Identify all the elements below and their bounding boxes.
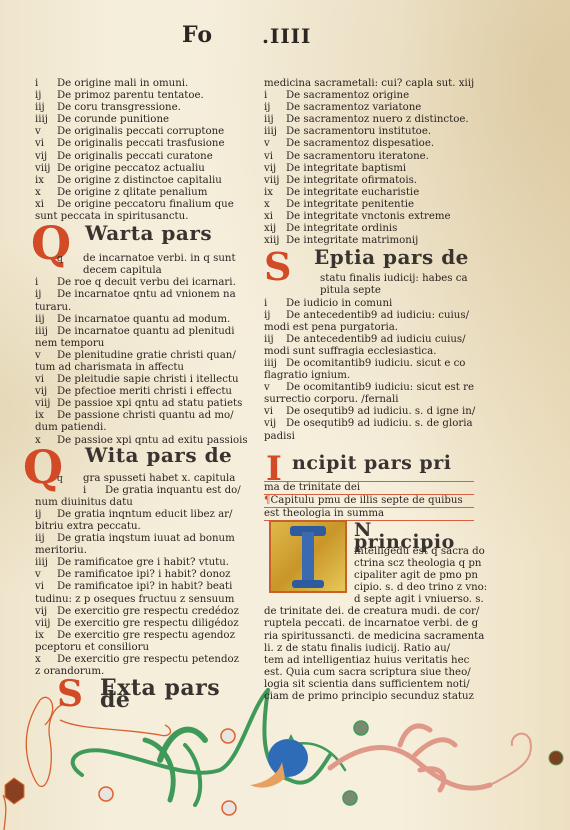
list-item: xijDe integritate ordinis: [264, 223, 474, 235]
section-title: Warta pars: [85, 227, 212, 239]
section-title: Wita pars de: [85, 449, 232, 461]
section-subtitle: pitula septe: [264, 285, 474, 297]
blue-pomegranate-icon: [250, 734, 308, 788]
list-item: iDe gratia inquantu est do/: [35, 485, 235, 497]
list-item: iijDe gratia inqstum iuuat ad bonum: [35, 533, 235, 545]
section-subtitle: qgra spusseti habet x. capitula: [35, 473, 235, 485]
section-heading-septima: S Eptia pars de: [264, 251, 474, 273]
folio-number: .IIII: [262, 24, 311, 48]
list-item: ixDe integritate eucharistie: [264, 187, 474, 199]
guide-letter: q: [57, 253, 63, 265]
right-column: medicina sacrametali: cui? capla sut. xi…: [264, 78, 474, 703]
letter-i-icon: [290, 526, 326, 586]
section-heading-quarta: Q Warta pars: [35, 227, 235, 253]
list-item: vDe originalis peccati corruptone: [35, 126, 235, 138]
left-column: iDe origine mali in omuni. ijDe primoz p…: [35, 78, 235, 708]
list-item: viijDe passioe xpi qntu ad statu patiets: [35, 398, 235, 410]
list-item: ixDe origine z distinctoe capitaliu: [35, 175, 235, 187]
list-item: iiijDe incarnatoe quantu ad plenitudi: [35, 326, 235, 338]
list-item: iijDe antecedentib9 ad iudiciu cuius/: [264, 334, 474, 346]
list-item: viDe pleitudie sapie christi i itellectu: [35, 374, 235, 386]
list-item: ijDe sacramentoz variatone: [264, 102, 474, 114]
list-item: vijDe pfectioe meriti christi i effectu: [35, 386, 235, 398]
list-item: ijDe incarnatoe qntu ad vnionem na: [35, 289, 235, 301]
list-item: xiDe origine peccatoru finalium que: [35, 199, 235, 211]
red-initial-q: Q: [31, 223, 71, 263]
green-starburst-icon: [343, 721, 368, 805]
list-item: ijDe primoz parentu tentatoe.: [35, 90, 235, 102]
list-item: xDe exercitio gre respectu petendoz: [35, 654, 235, 666]
list-item: vijDe exercitio gre respectu credédoz: [35, 606, 235, 618]
list-item: viDe sacramentoru iteratone.: [264, 151, 474, 163]
list-item: viDe osequtib9 ad iudiciu. s. d igne in/: [264, 406, 474, 418]
list-intro: medicina sacrametali: cui? capla sut. xi…: [264, 78, 474, 90]
list-item: xiDe integritate vnctonis extreme: [264, 211, 474, 223]
guide-letter: q: [57, 473, 63, 485]
list-item: vDe sacramentoz dispesatioe.: [264, 138, 474, 150]
list-item: iijDe incarnatoe quantu ad modum.: [35, 314, 235, 326]
chapter-line: ¶Capitulu pmu de illis septe de quibus: [264, 495, 474, 508]
list-item: viDe ramificatoe ipi? in habit? beati: [35, 581, 235, 593]
incipit-heading: I ncipit pars pri: [264, 457, 474, 482]
list-item: iDe roe q decuit verbu dei icarnari.: [35, 277, 235, 289]
list-item: viDe originalis peccati trasfusione: [35, 138, 235, 150]
list-item: ixDe passione christi quantu ad mo/: [35, 410, 235, 422]
list-item: iiijDe ramificatoe gre i habit? vtutu.: [35, 557, 235, 569]
list-item: vijDe originalis peccati curatone: [35, 151, 235, 163]
list-item: iDe iudicio in comuni: [264, 298, 474, 310]
list-item: xDe origine z qlitate penalium: [35, 187, 235, 199]
list-item: iijDe coru transgressione.: [35, 102, 235, 114]
folio-prefix: Fo: [182, 22, 213, 48]
list-item: iiijDe sacramentoru institutoe.: [264, 126, 474, 138]
section-heading-quinta: Q Wita pars de: [35, 449, 235, 473]
list-item: viijDe origine peccatoz actualiu: [35, 163, 235, 175]
illuminated-initial-i: [269, 520, 347, 593]
list-item: ijDe antecedentib9 ad iudiciu: cuius/: [264, 310, 474, 322]
list-item: iiijDe corunde punitione: [35, 114, 235, 126]
list-item: vDe ocomitantib9 iudiciu: sicut est re: [264, 382, 474, 394]
incipit-continuation: ma de trinitate dei: [264, 482, 474, 495]
principio-title: N principio: [354, 524, 474, 548]
list-item: ijDe gratia inqntum educit libez ar/: [35, 509, 235, 521]
list-item: iDe origine mali in omuni.: [35, 78, 235, 90]
red-initial-s: S: [264, 247, 291, 287]
incunabulum-page: Fo .IIII iDe origine mali in omuni. ijDe…: [0, 0, 570, 830]
list-item: viijDe integritate ofirmatois.: [264, 175, 474, 187]
list-item: vijDe osequtib9 ad iudiciu. s. de gloria: [264, 418, 474, 430]
list-item: xDe integritate penitentie: [264, 199, 474, 211]
list-item: vDe ramificatoe ipi? i habit? donoz: [35, 569, 235, 581]
list-item: vijDe integritate baptismi: [264, 163, 474, 175]
pen-flourish-icon: [3, 697, 170, 830]
red-initial-s: S: [57, 674, 83, 714]
list-item: iDe sacramentoz origine: [264, 90, 474, 102]
section-heading-sexta: S Exta pars de: [35, 680, 235, 708]
section-title: Eptia pars de: [314, 251, 469, 263]
list-item: viijDe exercitio gre respectu diligédoz: [35, 618, 235, 630]
list-item: iijDe sacramentoz nuero z distinctoe.: [264, 114, 474, 126]
section-title: Exta pars de: [100, 682, 235, 706]
list-item: ixDe exercitio gre respectu agendoz: [35, 630, 235, 642]
red-initial-i: I: [266, 449, 282, 489]
list-item: vDe plenitudine gratie christi quan/: [35, 350, 235, 362]
section-subtitle: statu finalis iudicij: habes ca: [264, 273, 474, 285]
list-item: iiijDe ocomitantib9 iudiciu. sicut e co: [264, 358, 474, 370]
incipit-title: ncipit pars pri: [292, 457, 451, 469]
